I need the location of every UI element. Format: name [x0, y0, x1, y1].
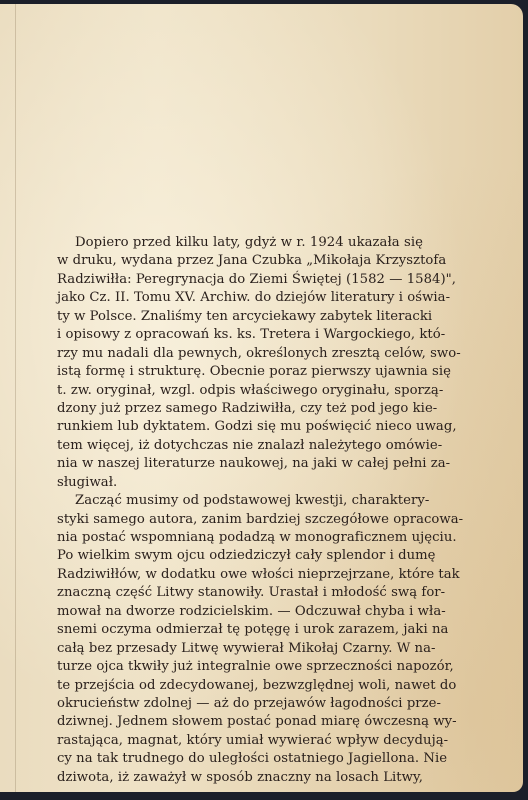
paragraph-2: Zacząć musimy od podstawowej kwestji, ch… — [57, 492, 423, 787]
text-line: Po wielkim swym ojcu odziedziczył cały s… — [57, 547, 423, 565]
text-line: okrucieństw zdolnej — aż do przejawów ła… — [57, 695, 423, 713]
text-line: nia w naszej literaturze naukowej, na ja… — [57, 455, 423, 473]
text-line: mował na dworze rodzicielskim. — Odczuwa… — [57, 603, 423, 621]
text-line: cy na tak trudnego do uległości ostatnie… — [57, 750, 423, 768]
text-line: rzy mu nadali dla pewnych, określonych z… — [57, 345, 423, 363]
text-line: całą bez przesady Litwę wywierał Mikołaj… — [57, 640, 423, 658]
text-line: istą formę i strukturę. Obecnie poraz pi… — [57, 363, 423, 381]
scanned-page-view: Dopiero przed kilku laty, gdyż w r. 1924… — [0, 0, 528, 800]
page-fold-line — [15, 4, 16, 792]
text-line: Zacząć musimy od podstawowej kwestji, ch… — [57, 492, 423, 510]
text-line: tem więcej, iż dotychczas nie znalazł na… — [57, 437, 423, 455]
text-line: dziwota, iż zaważył w sposób znaczny na … — [57, 769, 423, 787]
text-line: Radziwiłłów, w dodatku owe włości nieprz… — [57, 566, 423, 584]
text-line: ty w Polsce. Znaliśmy ten arcyciekawy za… — [57, 308, 423, 326]
text-line: dzony już przez samego Radziwiłła, czy t… — [57, 400, 423, 418]
text-line: znaczną część Litwy stanowiły. Urastał i… — [57, 584, 423, 602]
text-line: jako Cz. II. Tomu XV. Archiw. do dziejów… — [57, 289, 423, 307]
text-line: dziwnej. Jednem słowem postać ponad miar… — [57, 713, 423, 731]
text-line: styki samego autora, zanim bardziej szcz… — [57, 511, 423, 529]
text-line: te przejścia od zdecydowanej, bezwzględn… — [57, 677, 423, 695]
body-text: Dopiero przed kilku laty, gdyż w r. 1924… — [57, 234, 423, 787]
text-line: w druku, wydana przez Jana Czubka „Mikoł… — [57, 252, 423, 270]
text-line: turze ojca tkwiły już integralnie owe sp… — [57, 658, 423, 676]
text-line: i opisowy z opracowań ks. ks. Tretera i … — [57, 326, 423, 344]
text-line: t. zw. oryginał, wzgl. odpis właściwego … — [57, 382, 423, 400]
paragraph-1: Dopiero przed kilku laty, gdyż w r. 1924… — [57, 234, 423, 492]
text-line: nia postać wspomnianą podadzą w monograf… — [57, 529, 423, 547]
text-line: runkiem lub dyktatem. Godzi się mu poświ… — [57, 418, 423, 436]
text-line: Dopiero przed kilku laty, gdyż w r. 1924… — [57, 234, 423, 252]
text-line: rastająca, magnat, który umiał wywierać … — [57, 732, 423, 750]
text-line: snemi oczyma odmierzał tę potęgę i urok … — [57, 621, 423, 639]
text-line: sługiwał. — [57, 474, 423, 492]
text-line: Radziwiłła: Peregrynacja do Ziemi Święte… — [57, 271, 423, 289]
